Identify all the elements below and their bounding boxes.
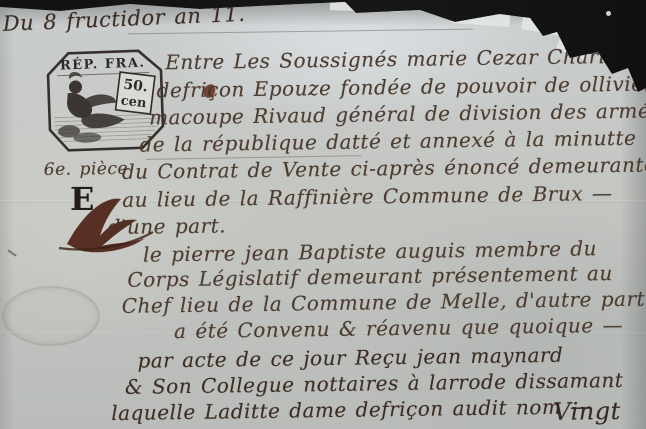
body-line: d'une part. [107,213,226,239]
date-header: Du 8 fructidor an 11. [2,2,246,36]
body-line: laquelle Laditte dame defriçon audit nom… [111,394,591,425]
body-line: au lieu de la Raffinière Commune de Brux… [122,181,613,212]
paper-sheet: RÉP. FRA. [0,0,646,429]
body-line: du Contrat de Vente ci-après énoncé deme… [122,152,646,183]
cut-off-line-fragment: Vingt [553,397,621,426]
body-line: defriçon Epouze fondée de pouvoir de oll… [157,71,646,102]
body-line: a été Convenu & réavenu que quoique — [174,313,623,343]
dust-speck [606,11,611,16]
body-line: Entre Les Soussignés marie Cezar Charlot… [165,44,646,75]
body-line: par acte de ce jour Reçu jean maynard [137,343,563,373]
margin-note: 6e. pièce [44,159,128,180]
body-line: macoupe Rivaud général de division des a… [149,98,646,129]
photo-of-document: RÉP. FRA. [0,0,646,429]
body-line: de la république datté et annexé à la mi… [139,126,636,157]
handwriting-layer: Du 8 fructidor an 11. 6e. pièce Entre Le… [0,0,646,429]
